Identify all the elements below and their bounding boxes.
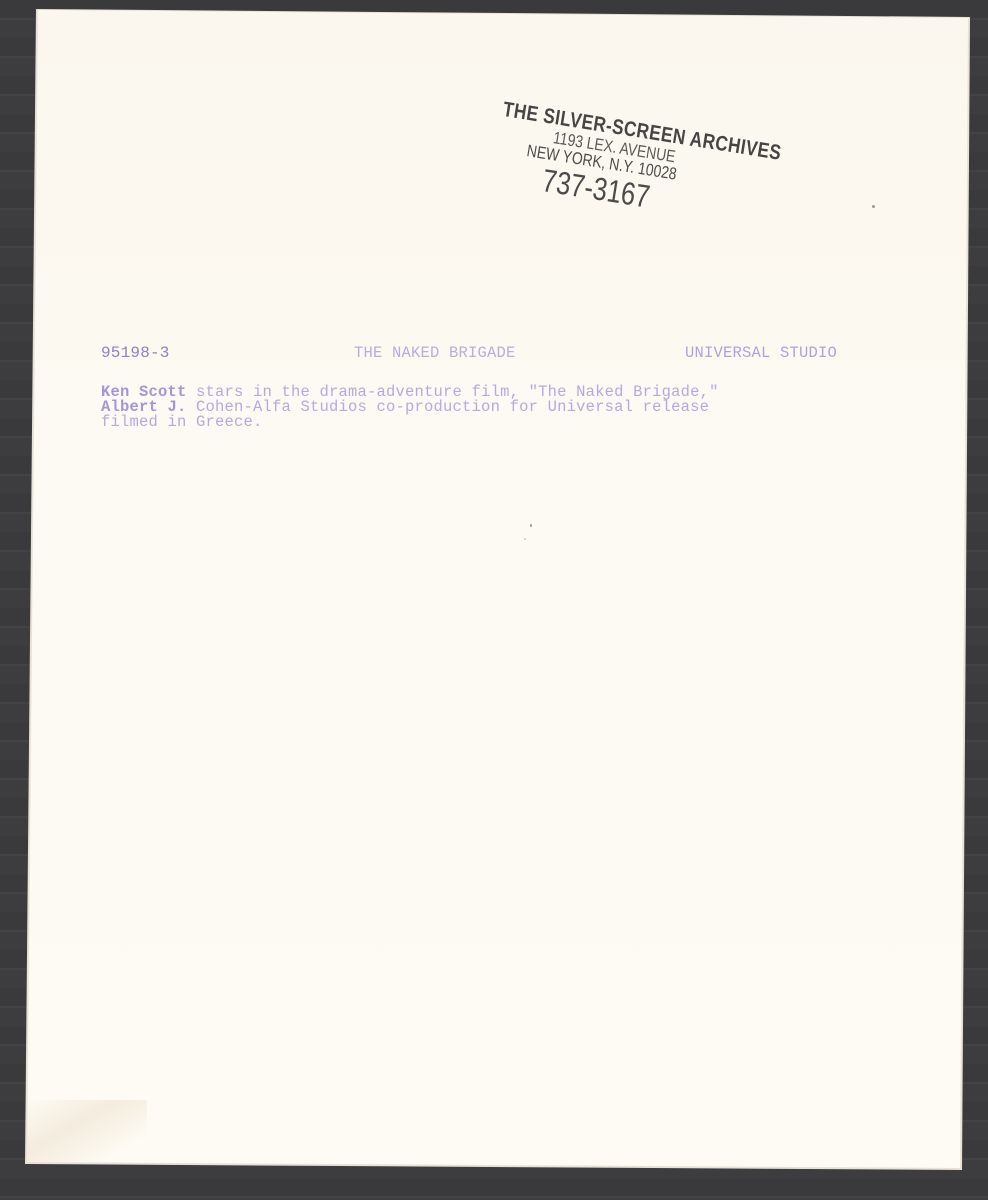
dust-speck — [524, 538, 526, 540]
caption-line-3: filmed in Greece. — [101, 415, 719, 430]
paper-crease — [27, 1100, 147, 1162]
studio-name: UNIVERSAL STUDIO — [685, 344, 837, 362]
caption-text: Ken Scott stars in the drama-adventure f… — [101, 385, 719, 430]
film-title: THE NAKED BRIGADE — [354, 344, 516, 362]
reference-number: 95198-3 — [101, 344, 170, 362]
dust-speck — [872, 205, 875, 208]
dust-speck — [530, 524, 532, 527]
